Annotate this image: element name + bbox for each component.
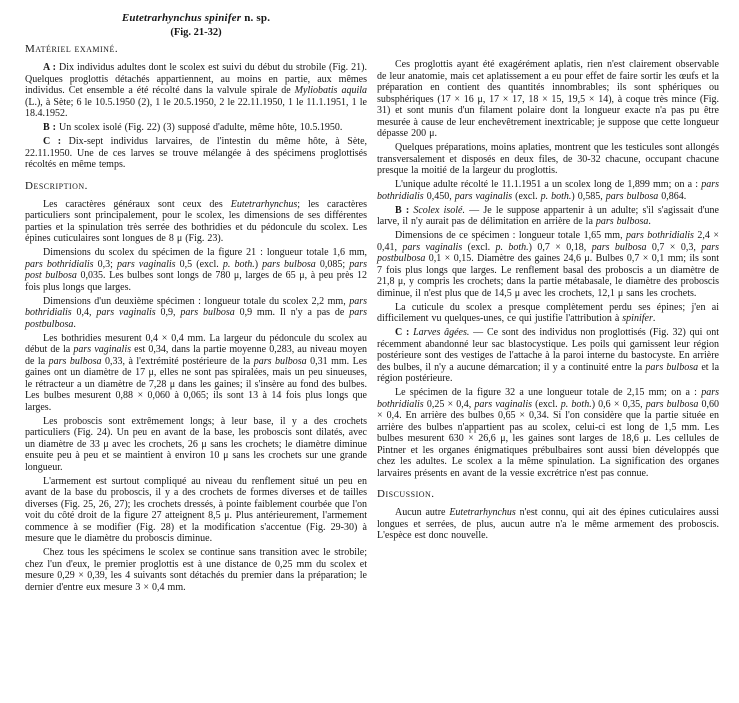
text-run: .	[648, 216, 651, 227]
text-run: Eutetrarhynchus	[449, 507, 515, 518]
text-run: Ces proglottis ayant été exagérément apl…	[377, 59, 719, 139]
text-run: Un scolex isolé (Fig. 22) (3) supposé d'…	[59, 122, 342, 133]
text-run: La cuticule du scolex a presque complète…	[377, 302, 719, 325]
text-run: 0,33, à l'extrémité postérieure de la	[102, 356, 254, 367]
text-run: Le spécimen de la figure 32 a une longue…	[395, 387, 701, 398]
text-run: (excl.	[462, 242, 495, 253]
text-run: C :	[395, 327, 413, 338]
left-column: Matériel examiné.A : Dix individus adult…	[25, 43, 367, 596]
text-run: pars bulbosa	[262, 259, 316, 270]
paragraph: Dimensions de ce spécimen : longueur tot…	[377, 230, 719, 299]
paragraph: Dimensions d'un deuxième spécimen : long…	[25, 296, 367, 331]
text-run: 0,4,	[72, 307, 97, 318]
text-run: Scolex isolé.	[413, 205, 465, 216]
text-run: Quelques préparations, moins aplaties, m…	[377, 142, 719, 176]
section-heading: Discussion.	[377, 488, 719, 500]
paragraph: La cuticule du scolex a presque complète…	[377, 302, 719, 325]
text-run: pars bulbosa	[592, 242, 647, 253]
text-run: Myliobatis aquila	[295, 85, 367, 96]
text-run: 0,25 × 0,4,	[424, 399, 475, 410]
text-run: 0,5 (excl.	[176, 259, 223, 270]
text-run: pars bulbosa	[180, 307, 234, 318]
text-run: p. both.	[496, 242, 529, 253]
text-run: 0,7 × 0,3,	[647, 242, 702, 253]
paragraph: Quelques préparations, moins aplaties, m…	[377, 142, 719, 177]
text-run: pars bulbosa	[254, 356, 307, 367]
text-run: pars vaginalis	[455, 191, 512, 202]
text-run: pars vaginalis	[402, 242, 462, 253]
paragraph: L'unique adulte récolté le 11.1.1951 a u…	[377, 179, 719, 202]
paragraph: C : Larves âgées. — Ce sont des individu…	[377, 327, 719, 385]
text-run: (excl.	[532, 399, 561, 410]
text-run: Dix-sept individus larvaires, de l'intes…	[25, 136, 367, 170]
text-run: pars bulbosa	[49, 356, 102, 367]
text-run: pars bulbosa	[646, 399, 699, 410]
right-column: Ces proglottis ayant été exagérément apl…	[377, 43, 719, 544]
section-heading: Description.	[25, 180, 367, 192]
text-run: Dimensions de ce spécimen : longueur tot…	[395, 230, 626, 241]
species-title: Eutetrarhynchus spinifer n. sp.	[25, 12, 367, 24]
text-run: pars bulbosa	[596, 216, 648, 227]
text-run: Eutetrarhynchus	[231, 199, 297, 210]
paragraph: Les bothridies mesurent 0,4 × 0,4 mm. La…	[25, 333, 367, 414]
text-run: ) 0,6 × 0,35,	[592, 399, 646, 410]
text-run: ) 0,585,	[571, 191, 605, 202]
paragraph: Ces proglottis ayant été exagérément apl…	[377, 59, 719, 140]
text-run: pars bothridialis	[25, 259, 94, 270]
species-rank: n. sp.	[241, 12, 270, 24]
text-run: p. both.	[223, 259, 255, 270]
paragraph: L'armement est surtout compliqué au nive…	[25, 476, 367, 545]
text-run: C :	[43, 136, 69, 147]
text-run: Dimensions d'un deuxième spécimen : long…	[43, 296, 349, 307]
text-run: 0,60 × 0,4. En arrière des bulbes 0,65 ×…	[377, 399, 719, 479]
paragraph: C : Dix-sept individus larvaires, de l'i…	[25, 136, 367, 171]
figure-range: (Fig. 21-32)	[25, 27, 367, 38]
text-run: B :	[43, 122, 59, 133]
text-run: B :	[395, 205, 413, 216]
paragraph: Les caractères généraux sont ceux des Eu…	[25, 199, 367, 245]
text-run: pars vaginalis	[73, 344, 131, 355]
paragraph: Le spécimen de la figure 32 a une longue…	[377, 387, 719, 479]
text-run: Les caractères généraux sont ceux des	[43, 199, 231, 210]
section-heading: Matériel examiné.	[25, 43, 367, 55]
text-run: 0,450,	[424, 191, 455, 202]
text-run: .	[653, 313, 656, 324]
title-block: Eutetrarhynchus spinifer n. sp. (Fig. 21…	[25, 0, 367, 38]
document-page: Eutetrarhynchus spinifer n. sp. (Fig. 21…	[0, 0, 739, 703]
paragraph: B : Scolex isolé. — Je le suppose appart…	[377, 205, 719, 228]
paragraph: Aucun autre Eutetrarhynchus n'est connu,…	[377, 507, 719, 542]
text-run: Larves âgées.	[413, 327, 469, 338]
text-run: 0,9,	[156, 307, 181, 318]
paragraph: Dimensions du scolex du spécimen de la f…	[25, 247, 367, 293]
text-run: pars vaginalis	[117, 259, 176, 270]
text-run: pars bothridialis	[626, 230, 694, 241]
text-run: Les proboscis sont extrêmement longs; à …	[25, 416, 367, 473]
text-run: Dimensions du scolex du spécimen de la f…	[43, 247, 367, 258]
text-run: L'unique adulte récolté le 11.1.1951 a u…	[395, 179, 701, 190]
text-run: pars bulbosa	[606, 191, 658, 202]
text-run: 0,864.	[658, 191, 686, 202]
species-name: Eutetrarhynchus spinifer	[122, 12, 241, 24]
text-run: pars vaginalis	[96, 307, 155, 318]
text-run: 0,1 × 0,15. Diamètre des gaines 24,6 μ. …	[377, 253, 719, 299]
two-column-body: Matériel examiné.A : Dix individus adult…	[0, 38, 739, 596]
paragraph: Chez tous les spécimens le scolex se con…	[25, 547, 367, 593]
text-run: 0,085;	[316, 259, 349, 270]
text-run: spinifer	[622, 313, 653, 324]
text-run: 0,035. Les bulbes sont longs de 780 μ, l…	[25, 270, 367, 293]
text-run: Aucun autre	[395, 507, 449, 518]
text-run: ) 0,7 × 0,18,	[529, 242, 592, 253]
text-run: (L.), à Sète; 6 le 10.5.1950 (2), 1 le 2…	[25, 97, 367, 120]
text-run: A :	[43, 62, 59, 73]
text-run: L'armement est surtout compliqué au nive…	[25, 476, 367, 545]
text-run: pars bulbosa	[645, 362, 698, 373]
text-run: p. both.	[561, 399, 592, 410]
text-run: 0,9 mm. Il n'y a pas de	[235, 307, 350, 318]
paragraph: B : Un scolex isolé (Fig. 22) (3) suppos…	[25, 122, 367, 134]
text-run: p. both.	[541, 191, 572, 202]
text-run: 0,3;	[94, 259, 117, 270]
text-run: .	[73, 319, 76, 330]
text-run: pars vaginalis	[474, 399, 532, 410]
text-run: Chez tous les spécimens le scolex se con…	[25, 547, 367, 593]
paragraph: Les proboscis sont extrêmement longs; à …	[25, 416, 367, 474]
paragraph: A : Dix individus adultes dont le scolex…	[25, 62, 367, 120]
text-run: (excl.	[512, 191, 541, 202]
